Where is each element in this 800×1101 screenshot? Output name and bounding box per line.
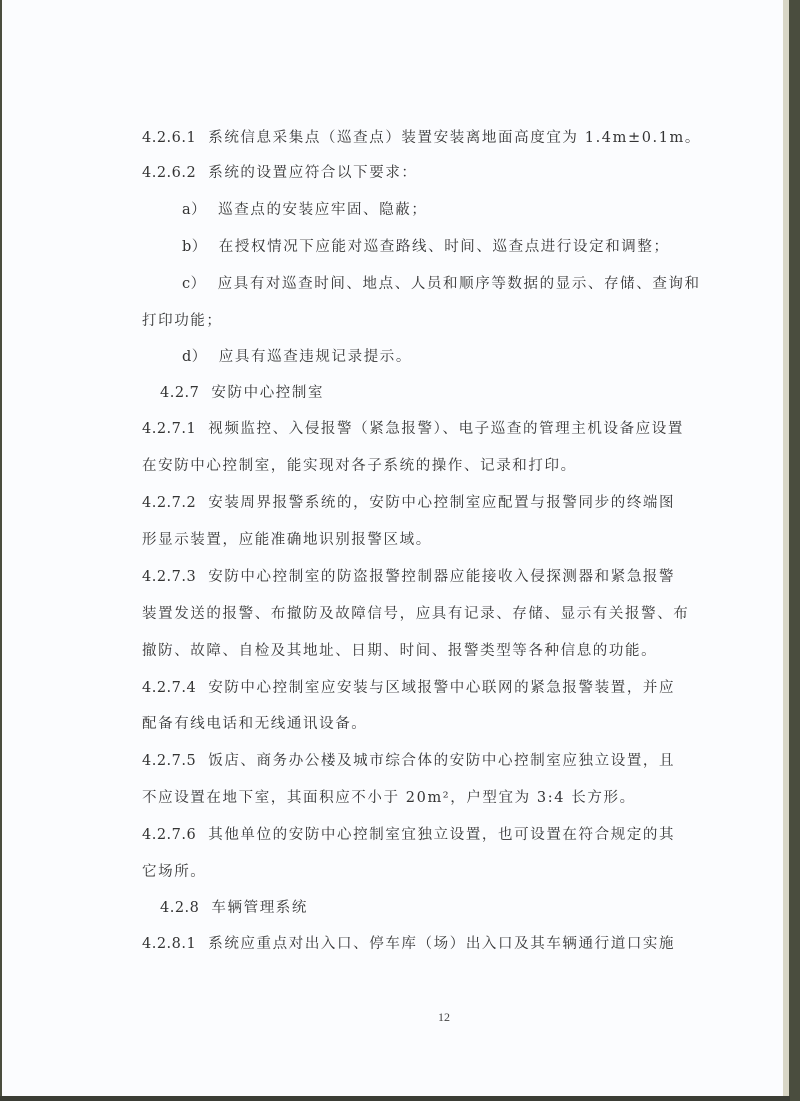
clause-4-2-7-4-cont: 配备有线电话和无线通讯设备。 (142, 714, 367, 734)
page-number: 12 (438, 1010, 450, 1025)
clause-4-2-7-6: 4.2.7.6其他单位的安防中心控制室宜独立设置，也可设置在符合规定的其 (142, 825, 675, 845)
clause-4-2-7-1-cont: 在安防中心控制室，能实现对各子系统的操作、记录和打印。 (142, 456, 577, 476)
clause-4-2-7-2: 4.2.7.2安装周界报警系统的，安防中心控制室应配置与报警同步的终端图 (142, 493, 675, 513)
clause-4-2-7-5-cont: 不应设置在地下室，其面积应不小于 20m²，户型宜为 3:4 长方形。 (142, 788, 636, 808)
clause-4-2-6-2: 4.2.6.2系统的设置应符合以下要求： (142, 163, 418, 183)
list-item-d: d）应具有巡查违规记录提示。 (182, 347, 412, 367)
clause-4-2-8-1: 4.2.8.1系统应重点对出入口、停车库（场）出入口及其车辆通行道口实施 (142, 934, 675, 954)
section-heading-4-2-7: 4.2.7安防中心控制室 (160, 383, 324, 403)
clause-4-2-7-6-cont: 它场所。 (142, 862, 206, 882)
clause-4-2-7-3-cont1: 装置发送的报警、布撤防及故障信号，应具有记录、存储、显示有关报警、布 (142, 604, 689, 624)
clause-4-2-7-2-cont: 形显示装置，应能准确地识别报警区域。 (142, 530, 432, 550)
clause-4-2-7-5: 4.2.7.5饭店、商务办公楼及城市综合体的安防中心控制室应独立设置，且 (142, 751, 675, 771)
list-item-a: a）巡查点的安装应牢固、隐蔽； (182, 200, 427, 220)
scan-bottom-edge (0, 1096, 790, 1101)
clause-4-2-6-1: 4.2.6.1系统信息采集点（巡查点）装置安装离地面高度宜为 1.4m±0.1m… (142, 128, 701, 148)
list-item-b: b）在授权情况下应能对巡查路线、时间、巡查点进行设定和调整； (182, 237, 670, 257)
section-heading-4-2-8: 4.2.8车辆管理系统 (160, 898, 308, 918)
clause-4-2-7-4: 4.2.7.4安防中心控制室应安装与区域报警中心联网的紧急报警装置，并应 (142, 678, 675, 698)
list-item-c-cont: 打印功能； (142, 311, 223, 331)
clause-4-2-7-3-cont2: 撤防、故障、自检及其地址、日期、时间、报警类型等各种信息的功能。 (142, 641, 657, 661)
scan-right-edge (783, 0, 789, 1101)
clause-4-2-7-3: 4.2.7.3安防中心控制室的防盗报警控制器应能接收入侵探测器和紧急报警 (142, 567, 675, 587)
list-item-c: c）应具有对巡查时间、地点、人员和顺序等数据的显示、存储、查询和 (182, 274, 701, 294)
document-page: 4.2.6.1系统信息采集点（巡查点）装置安装离地面高度宜为 1.4m±0.1m… (2, 0, 785, 1096)
clause-4-2-7-1: 4.2.7.1视频监控、入侵报警（紧急报警）、电子巡查的管理主机设备应设置 (142, 419, 684, 439)
